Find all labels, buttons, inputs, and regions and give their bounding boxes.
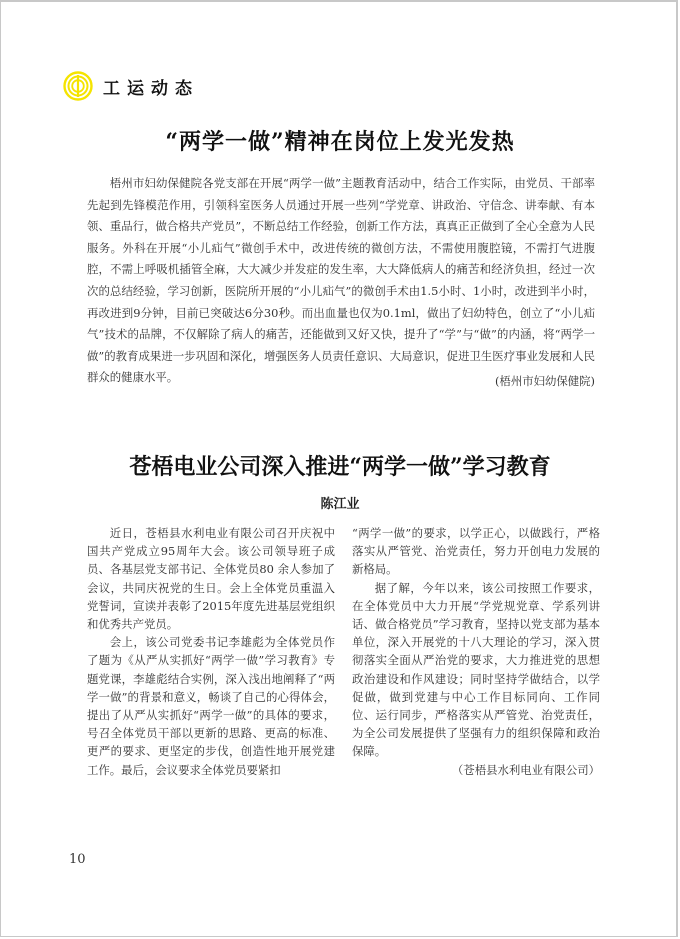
article2-title: 苍梧电业公司深入推进“两学一做”学习教育 (0, 450, 680, 481)
section-name: 工运动态 (103, 74, 199, 99)
article1-source: (梧州市妇幼保健院) (495, 373, 595, 389)
article1-body: 梧州市妇幼保健院各党支部在开展“两学一做”主题教育活动中，结合工作实际，由党员、… (87, 173, 595, 389)
article2-paragraph: 会上，该公司党委书记李雄彪为全体党员作了题为《从严从实抓好“两学一做”学习教育》… (87, 633, 335, 779)
article1-title: “两学一做”精神在岗位上发光发热 (0, 125, 680, 156)
trade-union-emblem-icon (63, 71, 93, 101)
article2-author: 陈江业 (0, 493, 680, 512)
article2-left-column: 近日，苍梧县水利电业有限公司召开庆祝中国共产党成立95周年大会。该公司领导班子成… (87, 524, 335, 779)
article2-source: （苍梧县水利电业有限公司） (452, 761, 600, 779)
article2-paragraph: “两学一做”的要求，以学正心，以做践行，严格落实从严管党、治党责任，努力开创电力… (352, 524, 600, 579)
article2-paragraph: 据了解，今年以来，该公司按照工作要求，在全体党员中大力开展“学党规党章、学系列讲… (352, 579, 600, 761)
section-header: 工运动态 (63, 71, 199, 101)
page-number: 10 (69, 852, 86, 867)
article2-paragraph: 近日，苍梧县水利电业有限公司召开庆祝中国共产党成立95周年大会。该公司领导班子成… (87, 524, 335, 633)
article2-right-column: “两学一做”的要求，以学正心，以做践行，严格落实从严管党、治党责任，努力开创电力… (352, 524, 600, 779)
